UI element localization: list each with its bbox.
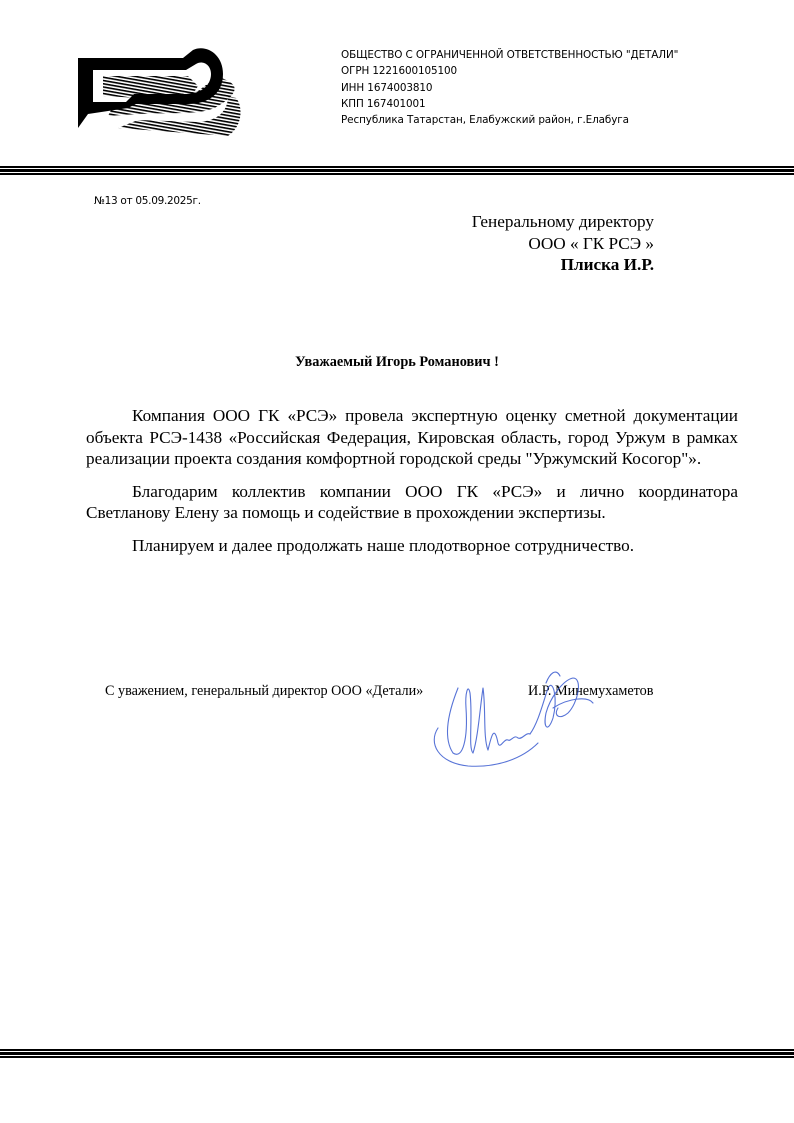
company-logo-icon: [78, 46, 248, 141]
header-rule-bottom: [0, 173, 794, 175]
company-inn: ИНН 1674003810: [341, 80, 678, 96]
company-name: ОБЩЕСТВО С ОГРАНИЧЕННОЙ ОТВЕТСТВЕННОСТЬЮ…: [341, 47, 678, 63]
document-number-date: №13 от 05.09.2025г.: [94, 195, 201, 207]
handwritten-signature-icon: [428, 668, 598, 770]
closing-line: С уважением, генеральный директор ООО «Д…: [105, 683, 423, 700]
header-rule-middle: [0, 169, 794, 172]
company-address: Республика Татарстан, Елабужский район, …: [341, 112, 678, 128]
addressee-block: Генеральному директору ООО « ГК РСЭ » Пл…: [472, 211, 654, 276]
header-rule-top: [0, 166, 794, 168]
body-paragraph: Компания ООО ГК «РСЭ» провела экспертную…: [86, 405, 738, 470]
footer-rule-top: [0, 1049, 794, 1051]
footer-rule-bottom: [0, 1056, 794, 1058]
company-ogrn: ОГРН 1221600105100: [341, 63, 678, 79]
body-paragraph: Планируем и далее продолжать наше плодот…: [86, 535, 738, 557]
company-kpp: КПП 167401001: [341, 96, 678, 112]
addressee-name: Плиска И.Р.: [472, 254, 654, 276]
letter-body: Компания ООО ГК «РСЭ» провела экспертную…: [86, 405, 738, 568]
body-paragraph: Благодарим коллектив компании ООО ГК «РС…: [86, 481, 738, 524]
addressee-position: Генеральному директору: [472, 211, 654, 233]
company-details: ОБЩЕСТВО С ОГРАНИЧЕННОЙ ОТВЕТСТВЕННОСТЬЮ…: [341, 47, 678, 128]
addressee-organization: ООО « ГК РСЭ »: [472, 233, 654, 255]
footer-rule-middle: [0, 1052, 794, 1055]
greeting: Уважаемый Игорь Романович !: [0, 354, 794, 371]
